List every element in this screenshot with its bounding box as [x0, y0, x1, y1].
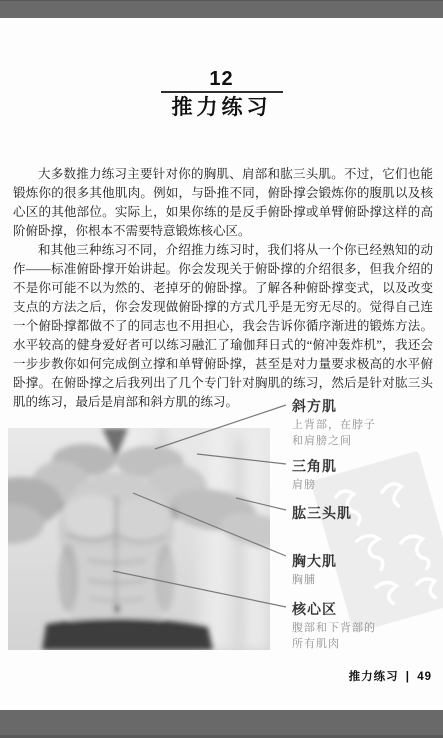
ereader-page: 12 推力练习 大多数推力练习主要针对你的胸肌、肩部和肱三头肌。不过，它们也能锻… — [0, 0, 443, 738]
leader-deltoid — [197, 454, 286, 464]
label-deltoid-desc: 肩膀 — [292, 477, 442, 493]
chapter-heading: 12 推力练习 — [0, 0, 443, 120]
body-text: 大多数推力练习主要针对你的胸肌、肩部和肱三头肌。不过，它们也能锻炼你的很多其他肌… — [13, 165, 433, 412]
label-triceps-title: 肱三头肌 — [292, 505, 442, 521]
reader-bottom-bar — [0, 710, 443, 738]
label-pectoral-desc: 胸脯 — [292, 572, 442, 588]
label-pectoral: 胸大肌 胸脯 — [292, 553, 442, 588]
reader-top-bar — [0, 0, 443, 18]
chapter-number: 12 — [0, 69, 443, 89]
footer-page-number: 49 — [417, 671, 432, 683]
label-core: 核心区 腹部和下背部的 所有肌肉 — [292, 601, 442, 652]
paragraph-1: 大多数推力练习主要针对你的胸肌、肩部和肱三头肌。不过，它们也能锻炼你的很多其他肌… — [13, 165, 433, 241]
leader-pectoral — [133, 493, 286, 556]
paragraph-2: 和其他三种练习不同，介绍推力练习时，我们将从一个你已经熟知的动作——标准俯卧撑开… — [13, 241, 433, 412]
label-core-title: 核心区 — [292, 601, 442, 617]
footer-section-title: 推力练习 — [349, 668, 399, 684]
leader-core — [113, 571, 286, 607]
label-core-desc: 腹部和下背部的 所有肌肉 — [292, 620, 442, 652]
label-deltoid-title: 三角肌 — [292, 458, 442, 474]
leader-trapezius — [155, 405, 286, 449]
label-triceps: 肱三头肌 — [292, 505, 442, 521]
label-deltoid: 三角肌 肩膀 — [292, 458, 442, 493]
label-pectoral-title: 胸大肌 — [292, 553, 442, 569]
label-trapezius-desc: 上背部，在脖子 和肩膀之间 — [292, 417, 442, 449]
footer-separator: | — [406, 671, 410, 683]
label-trapezius: 斜方肌 上背部，在脖子 和肩膀之间 — [292, 398, 442, 449]
chapter-rule-divider — [161, 91, 283, 93]
chapter-title: 推力练习 — [0, 96, 443, 120]
label-trapezius-title: 斜方肌 — [292, 398, 442, 414]
leader-triceps — [236, 498, 286, 510]
page-footer: 推力练习 | 49 — [349, 668, 432, 684]
anatomy-figure: 斜方肌 上背部，在脖子 和肩膀之间 三角肌 肩膀 肱三头肌 胸大肌 胸脯 核心区… — [0, 393, 443, 655]
